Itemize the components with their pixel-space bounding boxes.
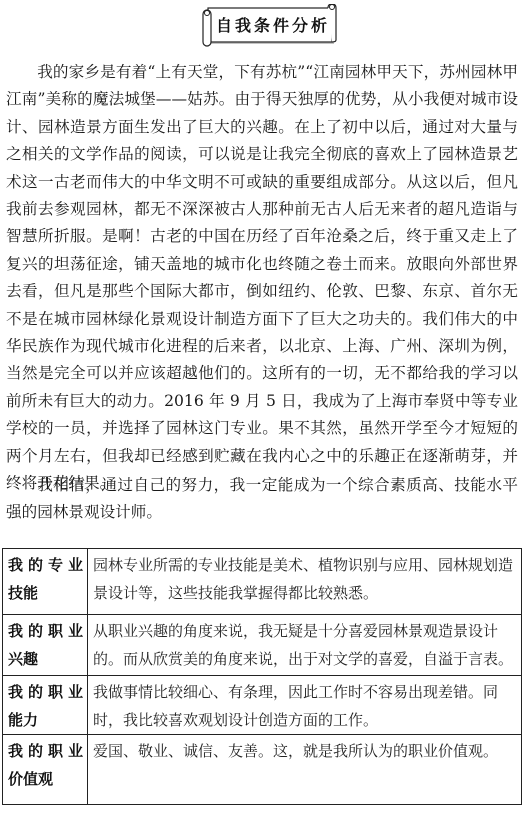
row-content-career-interest: 从职业兴趣的角度来说，我无疑是十分喜爱园林景观造景设计的。而从欣赏美的角度来说，… — [88, 615, 522, 676]
title-banner: 自我条件分析 — [200, 4, 340, 46]
row-label-career-values: 我的职业 价值观 — [3, 735, 88, 805]
table-row: 我的职业 价值观 爱国、敬业、诚信、友善。这，就是我所认为的职业价值观。 — [3, 735, 522, 805]
paragraph-hometown: 我的家乡是有着“上有天堂，下有苏杭”“江南园林甲天下，苏州园林甲江南”美称的魔法… — [6, 59, 518, 498]
row-content-career-values: 爱国、敬业、诚信、友善。这，就是我所认为的职业价值观。 — [88, 735, 522, 805]
table-row: 我的专业 技能 园林专业所需的专业技能是美术、植物识别与应用、园林规划造景设计等… — [3, 549, 522, 615]
table-row: 我的职业 能力 我做事情比较细心、有条理，因此工作时不容易出现差错。同时，我比较… — [3, 676, 522, 735]
row-label-professional-skills: 我的专业 技能 — [3, 549, 88, 615]
paragraph-aspiration: 我相信，通过自己的努力，我一定能成为一个综合素质高、技能水平强的园林景观设计师。 — [6, 472, 518, 527]
row-content-career-ability: 我做事情比较细心、有条理，因此工作时不容易出现差错。同时，我比较喜欢观划设计创造… — [88, 676, 522, 735]
row-content-professional-skills: 园林专业所需的专业技能是美术、植物识别与应用、园林规划造景设计等，这些技能我掌握… — [88, 549, 522, 615]
table-row: 我的职业 兴趣 从职业兴趣的角度来说，我无疑是十分喜爱园林景观造景设计的。而从欣… — [3, 615, 522, 676]
self-analysis-table: 我的专业 技能 园林专业所需的专业技能是美术、植物识别与应用、园林规划造景设计等… — [2, 548, 522, 805]
row-label-career-interest: 我的职业 兴趣 — [3, 615, 88, 676]
row-label-career-ability: 我的职业 能力 — [3, 676, 88, 735]
section-title: 自我条件分析 — [214, 14, 332, 38]
